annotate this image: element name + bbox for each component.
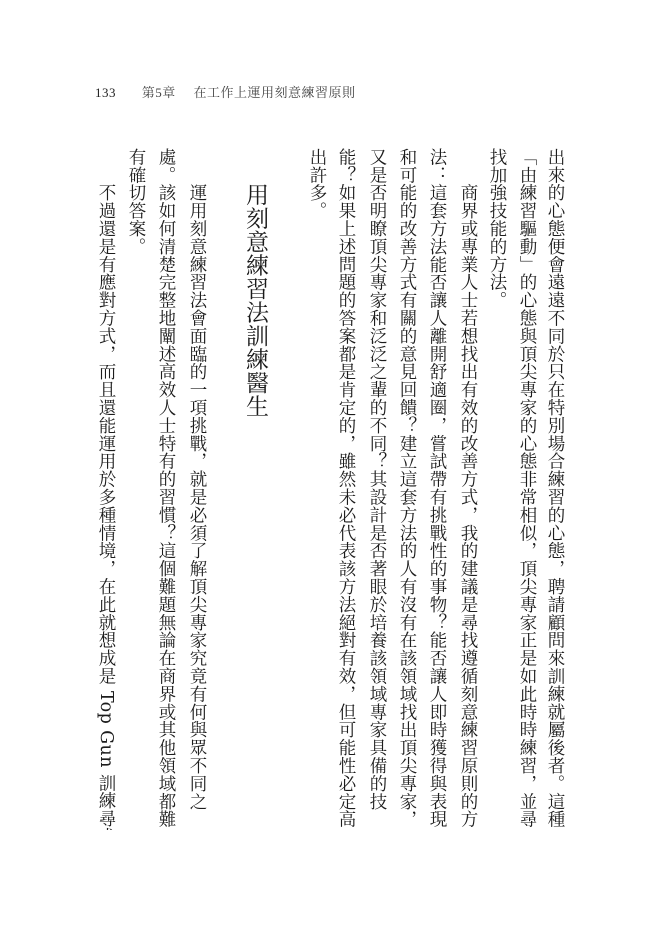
- text-column: 「由練習驅動」的心態與頂尖專家的心態非常相似，頂尖專家正是如此時時練習，並尋: [515, 148, 539, 830]
- text-column: 不過還是有應對方式，而且還能運用於多種情境，在此就想成是 Top Gun 訓練尋…: [94, 148, 118, 830]
- text-column: 商界或專業人士若想找出有效的改善方式，我的建議是尋找遵循刻意練習原則的方: [456, 148, 480, 830]
- running-header: 133 第5章 在工作上運用刻意練習原則: [95, 82, 356, 101]
- text-column: 和可能的改善方式有關的意見回饋？建立這套方法的人有沒有在該領域找出頂尖專家，: [395, 148, 419, 830]
- page-body: 出來的心態便會遠遠不同於只在特別場合練習的心態，聘請顧問來訓練就屬後者。這種 「…: [0, 148, 663, 838]
- text-column: 出來的心態便會遠遠不同於只在特別場合練習的心態，聘請顧問來訓練就屬後者。這種: [543, 148, 567, 830]
- text-column: 有確切答案。: [124, 148, 148, 830]
- text-column: 處。該如何清楚完整地闡述高效人士特有的習慣？這個難題無論在商界或其他領域都難: [154, 148, 178, 830]
- text-column: 又是否明瞭頂尖專家和泛泛之輩的不同？其設計是否著眼於培養該領域專家具備的技: [365, 148, 389, 830]
- text-column: 出許多。: [305, 148, 329, 830]
- section-heading: 用刻意練習法訓練醫生: [240, 183, 270, 418]
- page-number: 133: [95, 85, 116, 101]
- text-column: 能？如果上述問題的答案都是肯定的，雖然未必代表該方法絕對有效，但可能性必定高: [334, 148, 358, 830]
- text-column: 運用刻意練習法會面臨的一項挑戰，就是必須了解頂尖專家究竟有何與眾不同之: [185, 148, 209, 830]
- chapter-title: 在工作上運用刻意練習原則: [194, 85, 356, 100]
- chapter-label: 第5章: [142, 82, 176, 101]
- text-column: 法：這套方法能否讓人離開舒適圈，嘗試帶有挑戰性的事物？能否讓人即時獲得與表現: [425, 148, 449, 830]
- text-column: 找加強技能的方法。: [485, 148, 509, 830]
